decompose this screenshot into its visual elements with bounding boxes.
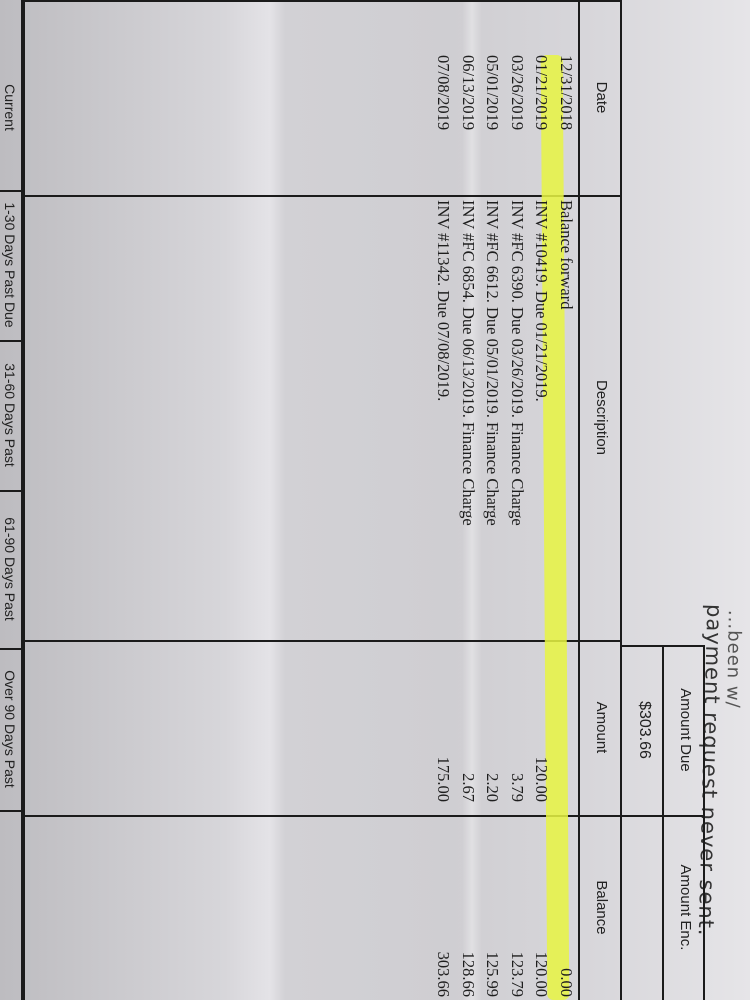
aging-header-1-30: 1-30 Days Past Due bbox=[2, 190, 18, 340]
row-description: INV #FC 6612. Due 05/01/2019. Finance Ch… bbox=[480, 200, 505, 640]
row-description: Balance forward bbox=[554, 200, 579, 640]
row-date: 01/21/2019 bbox=[529, 55, 554, 190]
row-amount: 2.20 bbox=[480, 640, 505, 802]
row-date: 12/31/2018 bbox=[554, 55, 579, 190]
row-balance: 303.66 bbox=[431, 815, 456, 997]
row-balance: 0.00 bbox=[554, 815, 579, 997]
row-date: 07/08/2019 bbox=[431, 55, 456, 190]
column-header-description: Description bbox=[593, 195, 610, 640]
statement-sheet: ...been w/ payment request never sent. A… bbox=[0, 0, 750, 1000]
row-balance: 125.99 bbox=[480, 815, 505, 997]
handwritten-note-line2: payment request never sent. bbox=[694, 604, 727, 937]
row-date: 03/26/2019 bbox=[505, 55, 530, 190]
row-description: INV #FC 6390. Due 03/26/2019. Finance Ch… bbox=[505, 200, 530, 640]
row-balance: 123.79 bbox=[505, 815, 530, 997]
row-amount: 3.79 bbox=[505, 640, 530, 802]
row-description: INV #10419. Due 01/21/2019. bbox=[529, 200, 554, 640]
aging-header-current: Current bbox=[2, 25, 18, 190]
aging-header-31-60: 31-60 Days Past bbox=[2, 340, 18, 490]
column-header-balance: Balance bbox=[593, 815, 610, 1000]
row-amount: 175.00 bbox=[431, 640, 456, 802]
aging-header-61-90: 61-90 Days Past bbox=[2, 490, 18, 648]
amount-due-value: $303.66 bbox=[635, 645, 653, 815]
amount-due-header: Amount Due bbox=[677, 645, 694, 815]
row-description: INV #FC 6854. Due 06/13/2019. Finance Ch… bbox=[456, 200, 481, 640]
row-amount: 120.00 bbox=[529, 640, 554, 802]
row-date: 06/13/2019 bbox=[456, 55, 481, 190]
column-header-amount: Amount bbox=[593, 640, 610, 815]
column-header-date: Date bbox=[593, 0, 610, 195]
row-balance: 120.00 bbox=[529, 815, 554, 997]
row-amount: 2.67 bbox=[456, 640, 481, 802]
aging-header-over-90: Over 90 Days Past bbox=[2, 648, 18, 810]
row-balance: 128.66 bbox=[456, 815, 481, 997]
row-date: 05/01/2019 bbox=[480, 55, 505, 190]
row-description: INV #11342. Due 07/08/2019. bbox=[431, 200, 456, 640]
amount-enclosed-header: Amount Enc. bbox=[677, 815, 694, 1000]
